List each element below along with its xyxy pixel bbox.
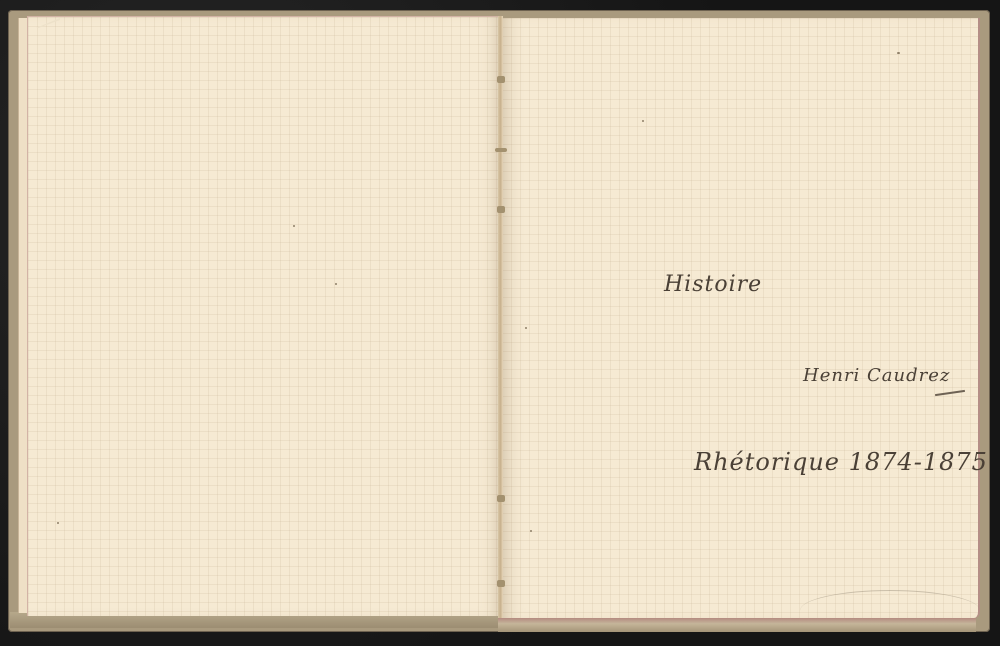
paper-speck xyxy=(642,120,644,122)
handwritten-title: Histoire xyxy=(664,272,762,297)
left-page xyxy=(27,16,501,616)
binding-stitch xyxy=(497,76,505,83)
handwritten-course-year: Rhétorique 1874-1875 xyxy=(694,448,988,476)
right-page xyxy=(502,18,980,618)
binding-stitch xyxy=(497,206,505,213)
binding-stitch xyxy=(497,495,505,502)
paper-speck xyxy=(293,225,295,227)
binding-stitch xyxy=(497,580,505,587)
binding-gutter xyxy=(498,16,503,618)
binding-stitch xyxy=(495,148,507,152)
paper-speck xyxy=(525,327,527,329)
paper-speck xyxy=(57,522,59,524)
handwritten-author: Henri Caudrez xyxy=(803,365,950,386)
faint-pencil-mark xyxy=(800,590,980,631)
paper-speck xyxy=(897,52,900,54)
paper-speck xyxy=(335,283,337,285)
paper-speck xyxy=(530,530,532,532)
